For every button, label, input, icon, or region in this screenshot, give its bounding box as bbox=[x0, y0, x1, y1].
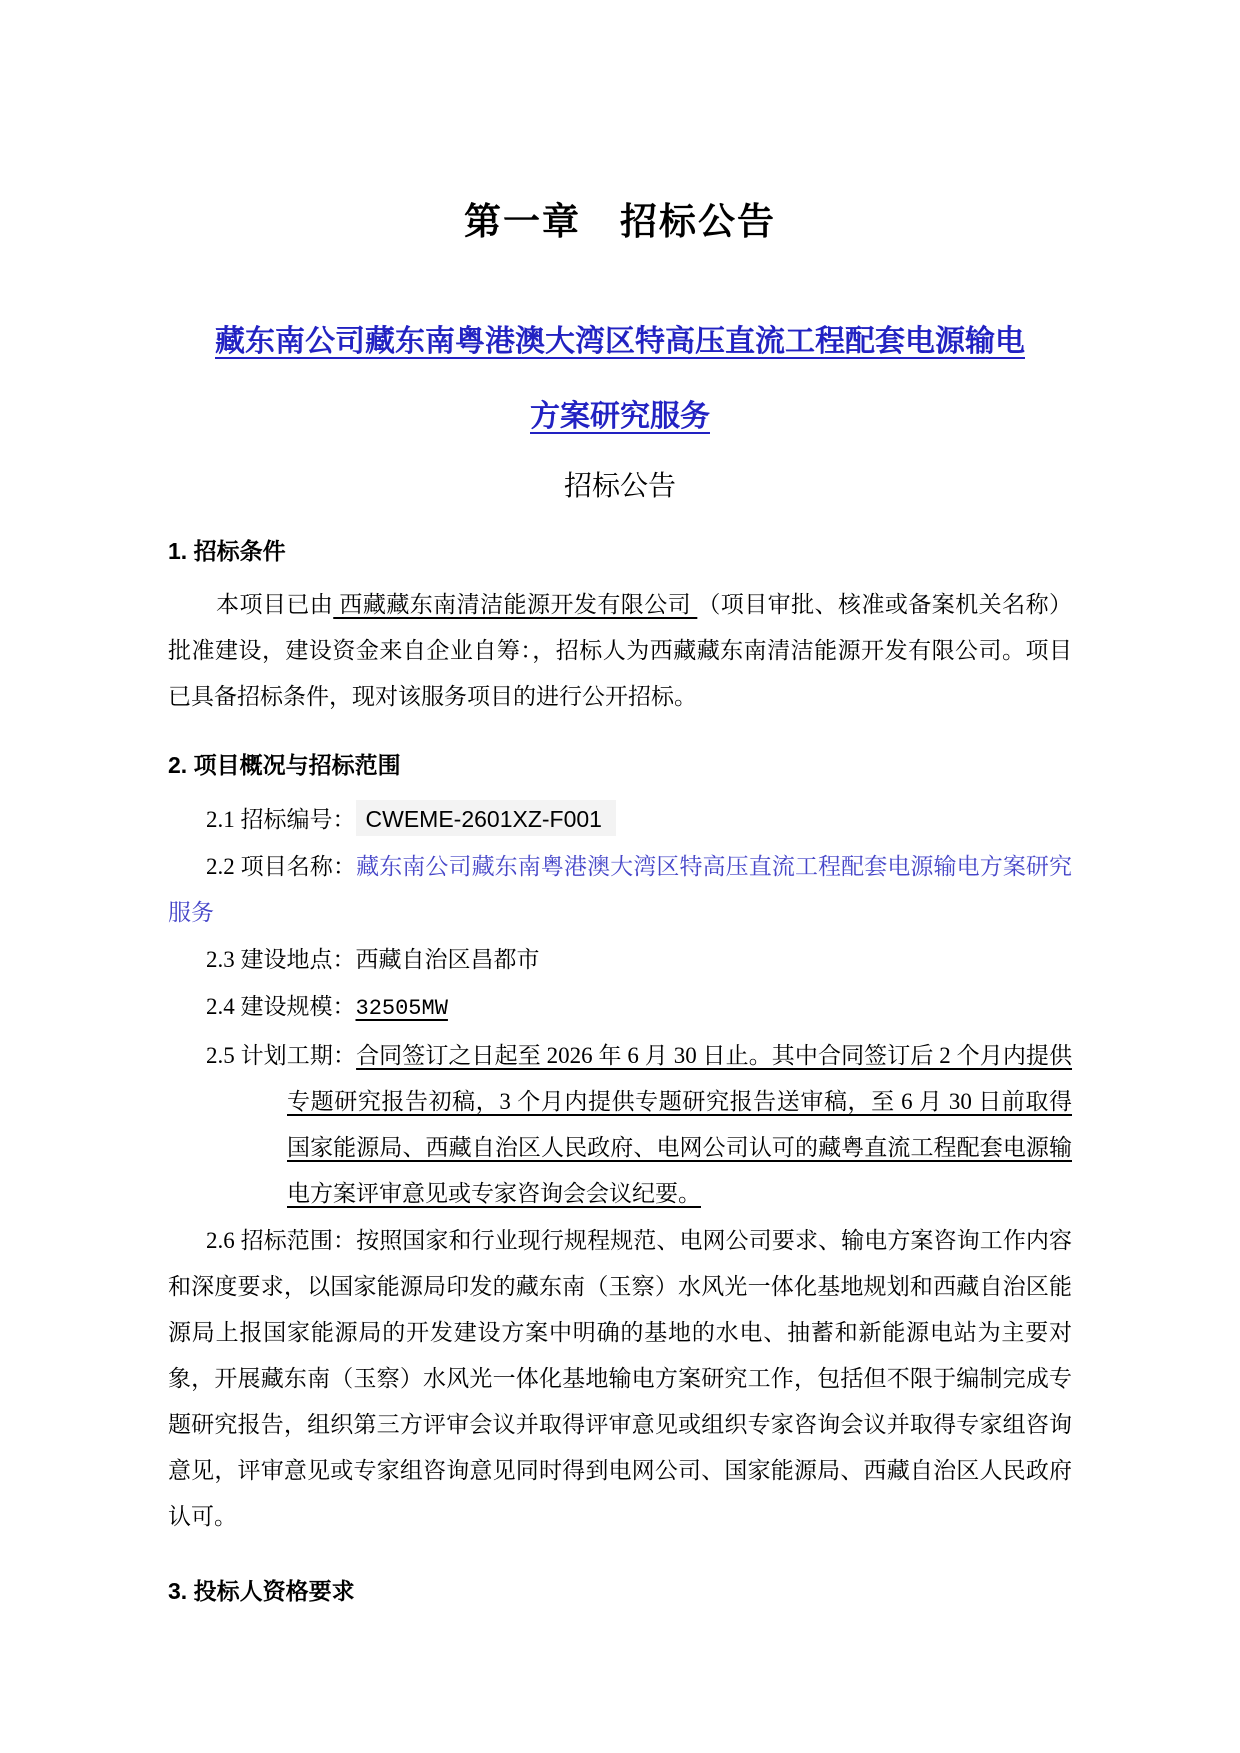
item-2-2-label: 2.2 项目名称： bbox=[206, 854, 356, 879]
announcement-subtitle: 招标公告 bbox=[168, 466, 1072, 506]
list-item-2-2: 2.2 项目名称：藏东南公司藏东南粤港澳大湾区特高压直流工程配套电源输电方案研究… bbox=[168, 844, 1072, 936]
list-item-2-6: 2.6 招标范围：按照国家和行业现行规程规范、电网公司要求、输电方案咨询工作内容… bbox=[168, 1218, 1072, 1540]
item-2-3-label: 2.3 建设地点： bbox=[206, 947, 356, 972]
list-item-2-1: 2.1 招标编号：CWEME-2601XZ-F001 bbox=[168, 796, 1072, 843]
list-item-2-5: 2.5 计划工期：合同签订之日起至 2026 年 6 月 30 日止。其中合同签… bbox=[168, 1033, 1072, 1217]
bidding-scope-value: 按照国家和行业现行规程规范、电网公司要求、输电方案咨询工作内容和深度要求，以国家… bbox=[168, 1228, 1072, 1529]
list-item-2-4: 2.4 建设规模：32505MW bbox=[168, 984, 1072, 1032]
item-2-1-label: 2.1 招标编号： bbox=[206, 807, 356, 832]
paragraph-text-prefix: 本项目已由 bbox=[216, 592, 333, 617]
section-2-heading: 2. 项目概况与招标范围 bbox=[168, 748, 1072, 782]
planned-schedule-value: 合同签订之日起至 2026 年 6 月 30 日止。其中合同签订后 2 个月内提… bbox=[287, 1043, 1072, 1206]
document-title-line-2: 方案研究服务 bbox=[168, 379, 1072, 454]
section-3-heading: 3. 投标人资格要求 bbox=[168, 1574, 1072, 1608]
construction-site-value: 西藏自治区昌都市 bbox=[356, 947, 540, 972]
item-2-4-label: 2.4 建设规模： bbox=[206, 994, 356, 1019]
document-page: 第一章 招标公告 藏东南公司藏东南粤港澳大湾区特高压直流工程配套电源输电 方案研… bbox=[0, 0, 1240, 1753]
chapter-title: 第一章 招标公告 bbox=[168, 198, 1072, 246]
construction-scale-value: 32505MW bbox=[356, 996, 448, 1021]
list-item-2-3: 2.3 建设地点：西藏自治区昌都市 bbox=[168, 937, 1072, 983]
document-title-link-part2[interactable]: 方案研究服务 bbox=[530, 400, 710, 433]
tender-number-value: CWEME-2601XZ-F001 bbox=[356, 800, 616, 836]
document-title-link-part1[interactable]: 藏东南公司藏东南粤港澳大湾区特高压直流工程配套电源输电 bbox=[215, 325, 1025, 358]
item-2-6-label: 2.6 招标范围： bbox=[206, 1228, 356, 1253]
section-1-heading: 1. 招标条件 bbox=[168, 534, 1072, 568]
item-2-5-label: 2.5 计划工期： bbox=[206, 1043, 356, 1068]
document-title-line-1: 藏东南公司藏东南粤港澳大湾区特高压直流工程配套电源输电 bbox=[168, 304, 1072, 379]
section-1-paragraph: 本项目已由 西藏藏东南清洁能源开发有限公司 （项目审批、核准或备案机关名称）批准… bbox=[168, 582, 1072, 720]
approving-company-name: 西藏藏东南清洁能源开发有限公司 bbox=[333, 592, 697, 617]
document-title: 藏东南公司藏东南粤港澳大湾区特高压直流工程配套电源输电 方案研究服务 bbox=[168, 304, 1072, 454]
